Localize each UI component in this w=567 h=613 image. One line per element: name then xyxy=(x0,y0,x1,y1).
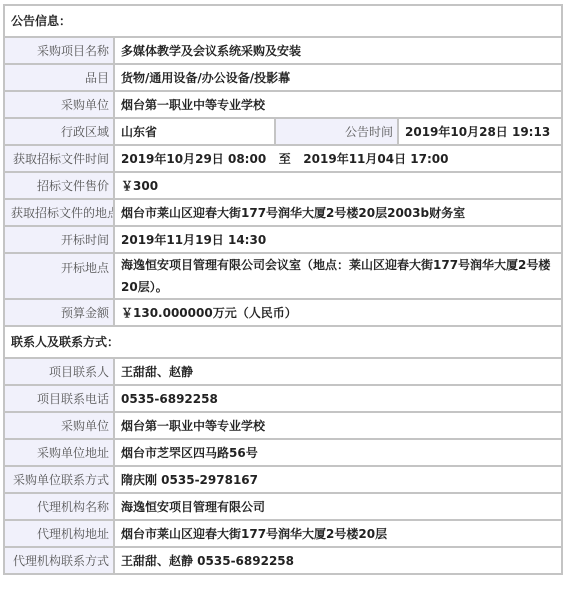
doc-time-label: 获取招标文件时间 xyxy=(4,145,114,172)
contact-purchaser-value: 烟台第一职业中等专业学校 xyxy=(114,412,562,439)
table-row: 采购项目名称 多媒体教学及会议系统采购及安装 xyxy=(4,37,562,64)
agency-name-value: 海逸恒安项目管理有限公司 xyxy=(114,493,562,520)
purchaser-address-label: 采购单位地址 xyxy=(4,439,114,466)
project-phone-label: 项目联系电话 xyxy=(4,385,114,412)
table-row: 项目联系电话 0535-6892258 xyxy=(4,385,562,412)
doc-location-value: 烟台市莱山区迎春大街177号润华大厦2号楼20层2003b财务室 xyxy=(114,199,562,226)
contact-purchaser-label: 采购单位 xyxy=(4,412,114,439)
table-row: 品目 货物/通用设备/办公设备/投影幕 xyxy=(4,64,562,91)
agency-contact-label: 代理机构联系方式 xyxy=(4,547,114,574)
table-row: 招标文件售价 ￥300 xyxy=(4,172,562,199)
table-row: 采购单位 烟台第一职业中等专业学校 xyxy=(4,412,562,439)
table-row: 获取招标文件的地点 烟台市莱山区迎春大街177号润华大厦2号楼20层2003b财… xyxy=(4,199,562,226)
open-time-label: 开标时间 xyxy=(4,226,114,253)
open-location-value: 海逸恒安项目管理有限公司会议室（地点：莱山区迎春大街177号润华大厦2号楼20层… xyxy=(114,253,562,299)
table-row: 代理机构联系方式 王甜甜、赵静 0535-6892258 xyxy=(4,547,562,574)
purchaser-address-value: 烟台市芝罘区四马路56号 xyxy=(114,439,562,466)
purchaser-contact-label: 采购单位联系方式 xyxy=(4,466,114,493)
table-row: 代理机构名称 海逸恒安项目管理有限公司 xyxy=(4,493,562,520)
doc-price-label: 招标文件售价 xyxy=(4,172,114,199)
section-header-row: 联系人及联系方式： xyxy=(4,326,562,358)
project-phone-value: 0535-6892258 xyxy=(114,385,562,412)
agency-contact-value: 王甜甜、赵静 0535-6892258 xyxy=(114,547,562,574)
table-row: 项目联系人 王甜甜、赵静 xyxy=(4,358,562,385)
table-row: 代理机构地址 烟台市莱山区迎春大街177号润华大厦2号楼20层 xyxy=(4,520,562,547)
table-row: 开标时间 2019年11月19日 14:30 xyxy=(4,226,562,253)
open-location-label: 开标地点 xyxy=(4,253,114,299)
purchaser-contact-value: 隋庆刚 0535-2978167 xyxy=(114,466,562,493)
doc-time-start: 2019年10月29日 08:00 xyxy=(121,152,266,166)
announce-time-value: 2019年10月28日 19:13 xyxy=(398,118,562,145)
project-contact-value: 王甜甜、赵静 xyxy=(114,358,562,385)
open-time-value: 2019年11月19日 14:30 xyxy=(114,226,562,253)
agency-name-label: 代理机构名称 xyxy=(4,493,114,520)
doc-time-value: 2019年10月29日 08:00 至 2019年11月04日 17:00 xyxy=(114,145,562,172)
section-header-row: 公告信息： xyxy=(4,5,562,37)
announcement-table: 公告信息： 采购项目名称 多媒体教学及会议系统采购及安装 品目 货物/通用设备/… xyxy=(3,4,563,575)
doc-time-end: 2019年11月04日 17:00 xyxy=(303,152,448,166)
purchaser-value: 烟台第一职业中等专业学校 xyxy=(114,91,562,118)
announcement-section-title: 公告信息： xyxy=(4,5,562,37)
purchaser-label: 采购单位 xyxy=(4,91,114,118)
budget-label: 预算金额 xyxy=(4,299,114,326)
region-label: 行政区域 xyxy=(4,118,114,145)
doc-time-separator: 至 xyxy=(279,152,291,166)
doc-location-label: 获取招标文件的地点 xyxy=(4,199,114,226)
contact-section-title: 联系人及联系方式： xyxy=(4,326,562,358)
announce-time-label: 公告时间 xyxy=(275,118,398,145)
table-row: 行政区域 山东省 公告时间 2019年10月28日 19:13 xyxy=(4,118,562,145)
category-value: 货物/通用设备/办公设备/投影幕 xyxy=(114,64,562,91)
table-row: 采购单位联系方式 隋庆刚 0535-2978167 xyxy=(4,466,562,493)
project-contact-label: 项目联系人 xyxy=(4,358,114,385)
table-row: 预算金额 ￥130.000000万元（人民币） xyxy=(4,299,562,326)
table-row: 采购单位地址 烟台市芝罘区四马路56号 xyxy=(4,439,562,466)
doc-price-value: ￥300 xyxy=(114,172,562,199)
project-name-label: 采购项目名称 xyxy=(4,37,114,64)
table-row: 开标地点 海逸恒安项目管理有限公司会议室（地点：莱山区迎春大街177号润华大厦2… xyxy=(4,253,562,299)
table-row: 获取招标文件时间 2019年10月29日 08:00 至 2019年11月04日… xyxy=(4,145,562,172)
region-value: 山东省 xyxy=(114,118,275,145)
agency-address-value: 烟台市莱山区迎春大街177号润华大厦2号楼20层 xyxy=(114,520,562,547)
budget-value: ￥130.000000万元（人民币） xyxy=(114,299,562,326)
table-row: 采购单位 烟台第一职业中等专业学校 xyxy=(4,91,562,118)
project-name-value: 多媒体教学及会议系统采购及安装 xyxy=(114,37,562,64)
agency-address-label: 代理机构地址 xyxy=(4,520,114,547)
category-label: 品目 xyxy=(4,64,114,91)
